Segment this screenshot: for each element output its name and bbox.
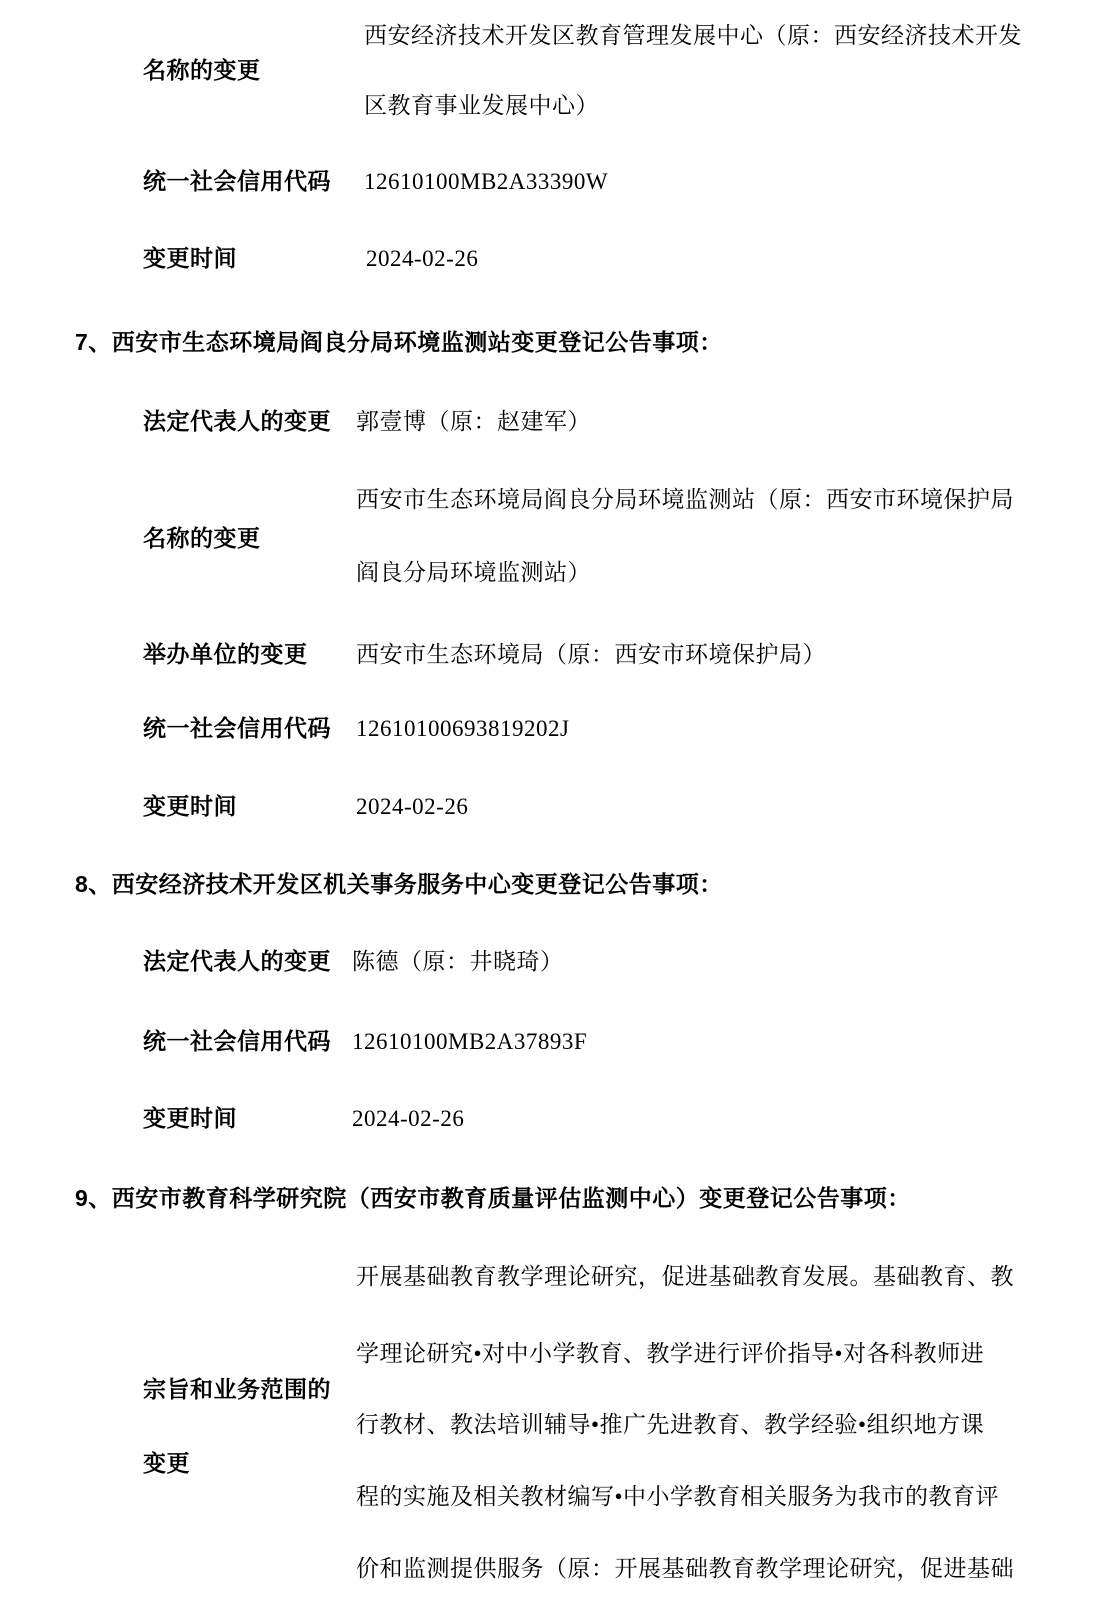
item8-credit-code-value: 12610100MB2A37893F [352, 1030, 587, 1053]
item9-heading: 9、西安市教育科学研究院（西安市教育质量评估监测中心）变更登记公告事项： [75, 1187, 911, 1210]
item7-name-change-value-line2: 阎良分局环境监测站） [356, 561, 591, 584]
name-change-value-line2: 区教育事业发展中心） [364, 94, 599, 117]
item7-organizer-label: 举办单位的变更 [143, 643, 308, 666]
item7-name-change-label: 名称的变更 [143, 527, 261, 550]
name-change-label: 名称的变更 [143, 59, 261, 82]
item7-change-date-value: 2024-02-26 [356, 795, 468, 818]
item8-legal-rep-label: 法定代表人的变更 [143, 950, 331, 973]
item8-change-date-value: 2024-02-26 [352, 1107, 464, 1130]
item7-name-change-value-line1: 西安市生态环境局阎良分局环境监测站（原：西安市环境保护局 [356, 488, 1014, 511]
item9-scope-value-line2: 学理论研究•对中小学教育、教学进行评价指导•对各科教师进 [356, 1342, 984, 1365]
credit-code-value: 12610100MB2A33390W [364, 170, 608, 193]
item9-scope-value-line3: 行教材、教法培训辅导•推广先进教育、教学经验•组织地方课 [356, 1413, 984, 1436]
item8-legal-rep-value: 陈德（原：井晓琦） [352, 950, 564, 973]
item7-organizer-value: 西安市生态环境局（原：西安市环境保护局） [356, 643, 826, 666]
item9-scope-value-line5: 价和监测提供服务（原：开展基础教育教学理论研究，促进基础 [356, 1557, 1014, 1580]
name-change-value-line1: 西安经济技术开发区教育管理发展中心（原：西安经济技术开发 [364, 24, 1022, 47]
change-date-label: 变更时间 [143, 247, 237, 270]
item7-heading: 7、西安市生态环境局阎良分局环境监测站变更登记公告事项： [75, 331, 723, 354]
item7-legal-rep-value: 郭壹博（原：赵建军） [356, 410, 591, 433]
item7-credit-code-value: 12610100693819202J [356, 717, 569, 740]
item8-heading: 8、西安经济技术开发区机关事务服务中心变更登记公告事项： [75, 873, 723, 896]
item9-scope-value-line4: 程的实施及相关教材编写•中小学教育相关服务为我市的教育评 [356, 1485, 999, 1508]
credit-code-label: 统一社会信用代码 [143, 170, 331, 193]
announcement-document-page: 西安经济技术开发区教育管理发展中心（原：西安经济技术开发 名称的变更 区教育事业… [0, 0, 1119, 1600]
item7-change-date-label: 变更时间 [143, 795, 237, 818]
item7-legal-rep-label: 法定代表人的变更 [143, 410, 331, 433]
item8-change-date-label: 变更时间 [143, 1107, 237, 1130]
item9-scope-value-line1: 开展基础教育教学理论研究，促进基础教育发展。基础教育、教 [356, 1265, 1014, 1288]
item9-scope-label-line2: 变更 [143, 1452, 190, 1475]
change-date-value: 2024-02-26 [366, 247, 478, 270]
item9-scope-label-line1: 宗旨和业务范围的 [143, 1378, 331, 1401]
item7-credit-code-label: 统一社会信用代码 [143, 717, 331, 740]
item8-credit-code-label: 统一社会信用代码 [143, 1030, 331, 1053]
